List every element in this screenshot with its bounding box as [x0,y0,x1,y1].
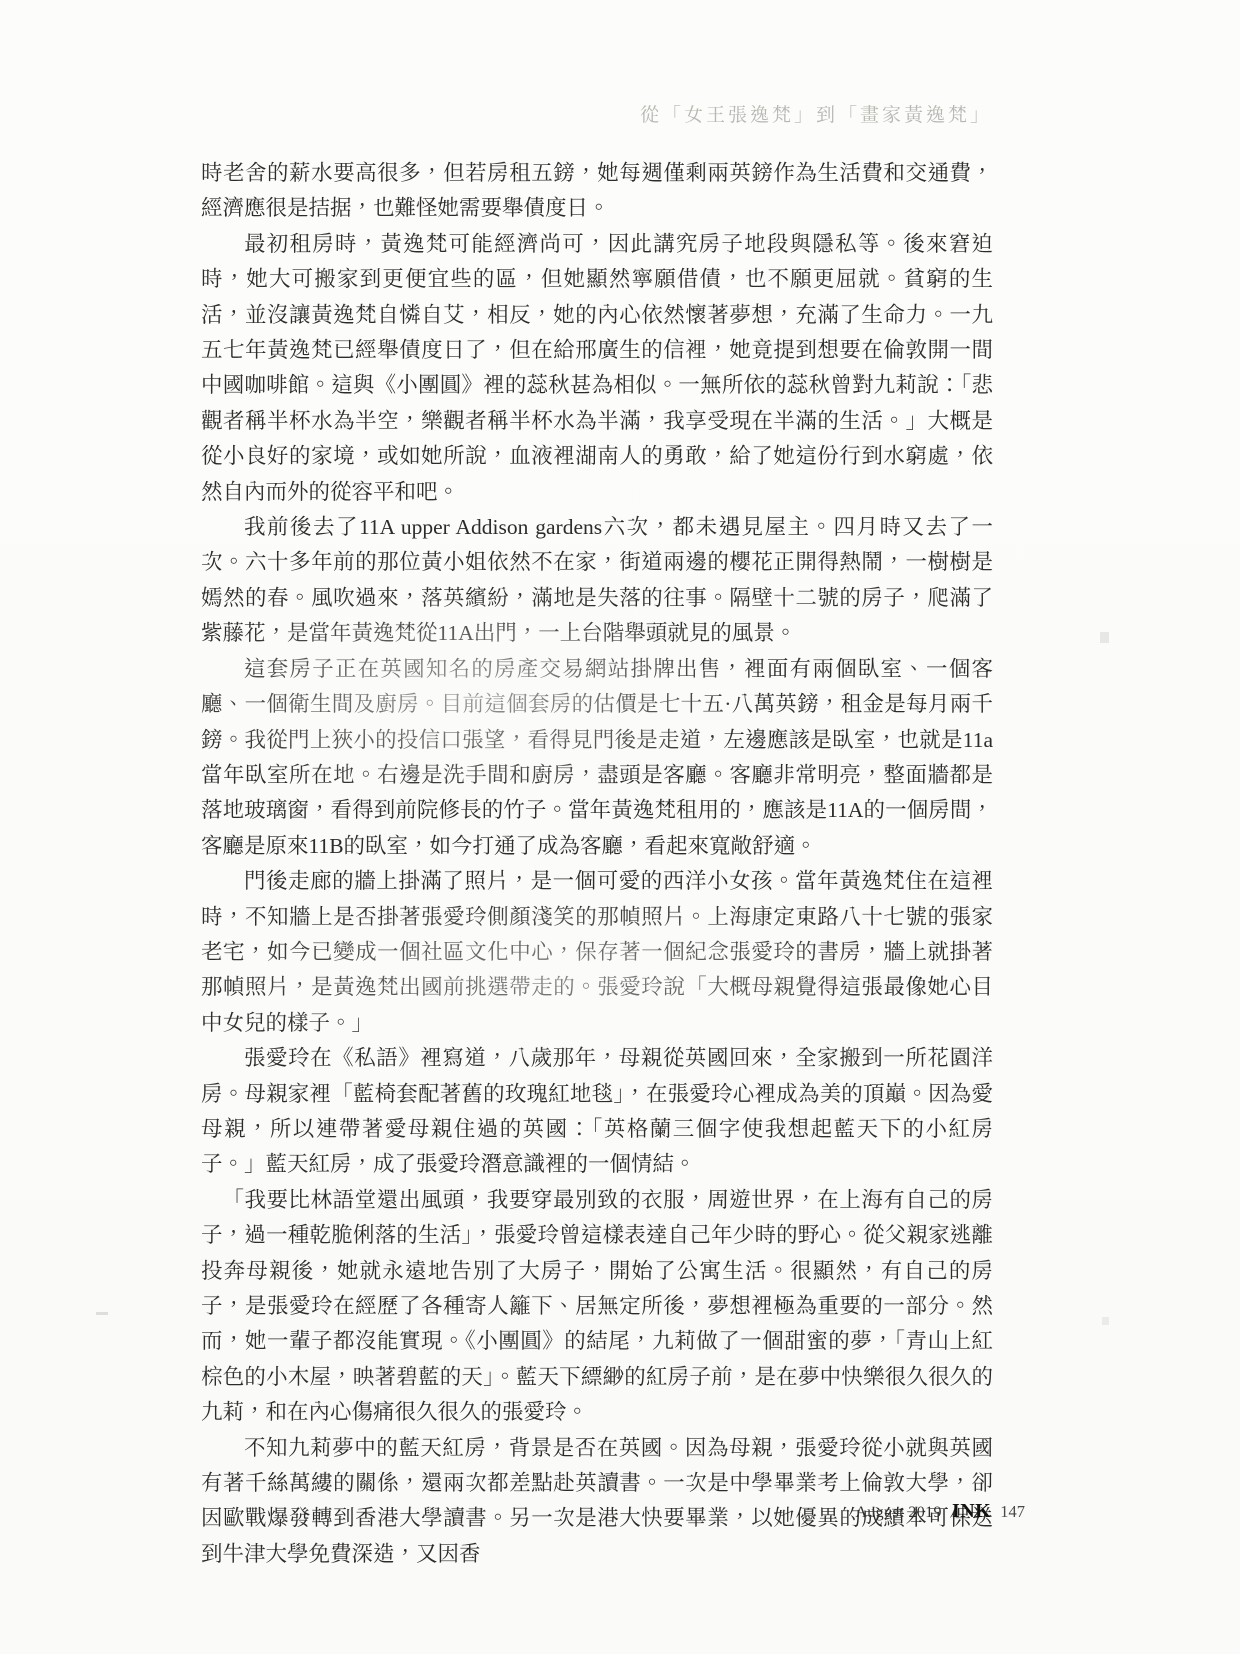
body-paragraph: 張愛玲在《私語》裡寫道，八歲那年，母親從英國回來，全家搬到一所花園洋房。母親家裡… [201,1041,993,1183]
body-paragraph: 最初租房時，黃逸梵可能經濟尚可，因此講究房子地段與隱私等。後來窘迫時，她大可搬家… [201,227,993,510]
running-header: 從「女王張逸梵」到「畫家黃逸梵」 [200,100,992,127]
scan-artifact [1102,1317,1109,1325]
article-body: 時老舍的薪水要高很多，但若房租五鎊，她每週僅剩兩英鎊作為生活費和交通費，經濟應很… [201,156,993,1572]
footer-issue-date: August 2019 [855,1504,942,1521]
scanned-page: 從「女王張逸梵」到「畫家黃逸梵」 時老舍的薪水要高很多，但若房租五鎊，她每週僅剩… [0,0,1240,1654]
page-footer: August 2019 INK 147 [200,1500,1025,1523]
scan-artifact [96,1312,108,1315]
page-number: 147 [995,1502,1025,1521]
body-paragraph: 門後走廊的牆上掛滿了照片，是一個可愛的西洋小女孩。當年黃逸梵住在這裡時，不知牆上… [201,864,993,1041]
body-paragraph: 我前後去了11A upper Addison gardens六次，都未遇見屋主。… [201,510,993,652]
body-paragraph: 時老舍的薪水要高很多，但若房租五鎊，她每週僅剩兩英鎊作為生活費和交通費，經濟應很… [201,156,993,227]
body-paragraph: 這套房子正在英國知名的房產交易網站掛牌出售，裡面有兩個臥室、一個客廳、一個衛生間… [201,652,993,864]
magazine-logo: INK [946,1500,991,1522]
body-paragraph: 「我要比林語堂還出風頭，我要穿最別致的衣服，周遊世界，在上海有自己的房子，過一種… [201,1183,993,1431]
scan-artifact [1100,632,1109,643]
